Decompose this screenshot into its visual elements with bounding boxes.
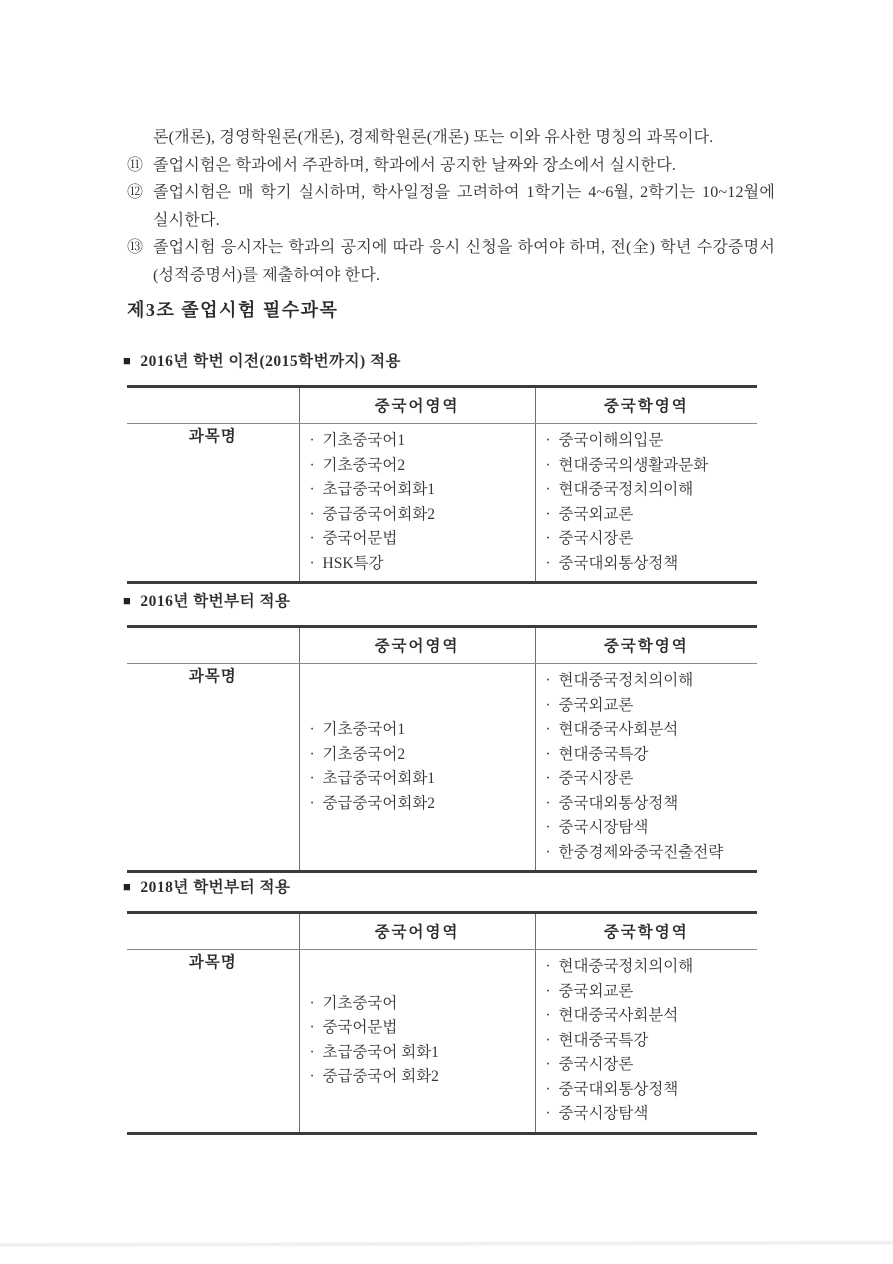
bullet-dot: · [546,816,559,841]
row-label-subject-names: 과목명 [127,424,299,583]
chinese-language-courses-cell: ·기초중국어1 ·기초중국어2 ·초급중국어회화1 ·중급중국어회화2 ·중국어… [299,424,535,583]
column-header-chinese-studies: 중국학영역 [535,627,757,664]
course-name: 중국이해의입문 [559,432,664,449]
course-name: 초급중국어회화1 [323,770,436,787]
section-caption: ■2016년 학번부터 적용 [123,589,757,611]
course-name: 중국어문법 [323,530,398,547]
chinese-studies-courses-cell: ·중국이해의입문 ·현대중국의생활과문화 ·현대중국정치의이해 ·중국외교론 ·… [535,424,757,583]
bullet-dot: · [310,992,323,1017]
bullet-dot: · [546,669,559,694]
numbered-clause: ⑪졸업시험은 학과에서 주관하며, 학과에서 공지한 날짜와 장소에서 실시한다… [127,152,775,180]
chinese-language-courses-cell: ·기초중국어1 ·기초중국어2 ·초급중국어회화1 ·중급중국어회화2 [299,664,535,872]
bullet-dot: · [310,767,323,792]
course-item: ·중국어문법 [310,527,531,552]
course-name: 현대중국의생활과문화 [559,457,709,474]
bullet-dot: · [546,980,559,1005]
course-name: 현대중국특강 [559,1032,649,1049]
black-square-icon: ■ [123,353,131,368]
bullet-dot: · [310,718,323,743]
chinese-studies-courses-cell: ·현대중국정치의이해 ·중국외교론 ·현대중국사회분석 ·현대중국특강 ·중국시… [535,950,757,1134]
course-name: 중급중국어 회화2 [323,1068,439,1085]
course-name: 중국외교론 [559,506,634,523]
course-item: ·현대중국정치의이해 [546,669,754,694]
course-name: 중급중국어회화2 [323,795,436,812]
bullet-dot: · [546,1078,559,1103]
course-item: ·기초중국어2 [310,743,531,768]
circled-number: ⑫ [127,179,153,207]
bullet-dot: · [310,743,323,768]
bullet-dot: · [546,454,559,479]
course-item: ·현대중국사회분석 [546,718,754,743]
circled-number: ⑪ [127,152,153,180]
course-name: 중국대외통상정책 [559,1081,679,1098]
course-name: 현대중국사회분석 [559,1007,679,1024]
column-header-chinese-studies: 중국학영역 [535,913,757,950]
black-square-icon: ■ [123,593,131,608]
course-name: 중국대외통상정책 [559,795,679,812]
course-item: ·중급중국어회화2 [310,792,531,817]
course-item: ·중국외교론 [546,980,754,1005]
required-courses-table: 중국어영역 중국학영역 과목명 ·기초중국어1 ·기초중국어2 ·초급중국어회화… [127,385,757,584]
course-item: ·한중경제와중국진출전략 [546,841,754,866]
course-item: ·HSK특강 [310,552,531,577]
black-square-icon: ■ [123,879,131,894]
course-item: ·현대중국사회분석 [546,1004,754,1029]
table-header-row: 중국어영역 중국학영역 [127,913,757,950]
course-name: 중국시장론 [559,770,634,787]
clause-text: 졸업시험은 학과에서 주관하며, 학과에서 공지한 날짜와 장소에서 실시한다. [153,157,676,174]
required-courses-table: 중국어영역 중국학영역 과목명 ·기초중국어1 ·기초중국어2 ·초급중국어회화… [127,625,757,873]
section-caption: ■2016년 학번 이전(2015학번까지) 적용 [123,349,757,371]
course-item: ·현대중국특강 [546,1029,754,1054]
bullet-dot: · [310,503,323,528]
course-item: ·현대중국의생활과문화 [546,454,754,479]
course-item: ·초급중국어회화1 [310,478,531,503]
course-item: ·중국시장탐색 [546,1102,754,1127]
paragraph-continuation: 론(개론), 경영학원론(개론), 경제학원론(개론) 또는 이와 유사한 명칭… [127,124,775,152]
course-name: 중국시장탐색 [559,819,649,836]
course-name: 중국어문법 [323,1019,398,1036]
course-name: 기초중국어1 [323,432,406,449]
bullet-dot: · [546,694,559,719]
course-item: ·중급중국어 회화2 [310,1065,531,1090]
column-header-chinese-language: 중국어영역 [299,387,535,424]
bullet-dot: · [310,552,323,577]
bullet-dot: · [546,792,559,817]
chinese-studies-courses-cell: ·현대중국정치의이해 ·중국외교론 ·현대중국사회분석 ·현대중국특강 ·중국시… [535,664,757,872]
bullet-dot: · [546,552,559,577]
course-name: 초급중국어회화1 [323,481,436,498]
course-name: 중국시장론 [559,1056,634,1073]
bullet-dot: · [546,1102,559,1127]
table-body-row: 과목명 ·기초중국어1 ·기초중국어2 ·초급중국어회화1 ·중급중국어회화2 [127,664,757,872]
bullet-dot: · [546,767,559,792]
clause-text: 졸업시험 응시자는 학과의 공지에 따라 응시 신청을 하여야 하며, 전(全)… [153,239,775,284]
course-item: ·중국대외통상정책 [546,1078,754,1103]
course-item: ·기초중국어1 [310,718,531,743]
section-2016-onward: ■2016년 학번부터 적용 중국어영역 중국학영역 과목명 ·기초중국어1 [123,589,757,873]
course-item: ·중국어문법 [310,1016,531,1041]
chinese-language-courses-cell: ·기초중국어 ·중국어문법 ·초급중국어 회화1 ·중급중국어 회화2 [299,950,535,1134]
course-name: 한중경제와중국진출전략 [559,844,724,861]
bullet-dot: · [546,527,559,552]
section-2016-before: ■2016년 학번 이전(2015학번까지) 적용 중국어영역 중국학영역 과목… [123,349,757,584]
course-item: ·중국시장탐색 [546,816,754,841]
bullet-dot: · [546,743,559,768]
course-item: ·기초중국어2 [310,454,531,479]
table-body-row: 과목명 ·기초중국어1 ·기초중국어2 ·초급중국어회화1 ·중급중국어회화2 … [127,424,757,583]
table-body-row: 과목명 ·기초중국어 ·중국어문법 ·초급중국어 회화1 ·중급중국어 회화2 [127,950,757,1134]
row-label-subject-names: 과목명 [127,664,299,872]
bullet-dot: · [546,1029,559,1054]
section-caption-text: 2018년 학번부터 적용 [140,879,290,896]
section-caption-text: 2016년 학번 이전(2015학번까지) 적용 [140,353,401,370]
section-caption-text: 2016년 학번부터 적용 [140,593,290,610]
scan-artifact-line [0,1240,893,1248]
bullet-dot: · [310,429,323,454]
clause-text: 졸업시험은 매 학기 실시하며, 학사일정을 고려하여 1학기는 4~6월, 2… [153,184,775,229]
course-item: ·중국대외통상정책 [546,552,754,577]
course-name: 현대중국정치의이해 [559,672,694,689]
course-item: ·기초중국어1 [310,429,531,454]
bullet-dot: · [546,955,559,980]
course-item: ·중급중국어회화2 [310,503,531,528]
bullet-dot: · [310,792,323,817]
table-header-row: 중국어영역 중국학영역 [127,627,757,664]
bullet-dot: · [310,1016,323,1041]
section-caption: ■2018년 학번부터 적용 [123,875,757,897]
bullet-dot: · [310,1041,323,1066]
circled-number: ⑬ [127,234,153,262]
table-header-row: 중국어영역 중국학영역 [127,387,757,424]
corner-cell [127,387,299,424]
bullet-dot: · [546,1004,559,1029]
course-name: 현대중국정치의이해 [559,958,694,975]
course-name: 현대중국특강 [559,746,649,763]
course-item: ·중국외교론 [546,503,754,528]
bullet-dot: · [310,527,323,552]
bullet-dot: · [310,1065,323,1090]
course-name: 중국시장탐색 [559,1105,649,1122]
bullet-dot: · [546,718,559,743]
corner-cell [127,627,299,664]
row-label-subject-names: 과목명 [127,950,299,1134]
column-header-chinese-language: 중국어영역 [299,627,535,664]
course-name: 기초중국어2 [323,457,406,474]
course-name: 중급중국어회화2 [323,506,436,523]
intro-paragraphs: 론(개론), 경영학원론(개론), 경제학원론(개론) 또는 이와 유사한 명칭… [127,124,775,289]
course-item: ·중국이해의입문 [546,429,754,454]
course-name: 현대중국정치의이해 [559,481,694,498]
article-heading: 제3조 졸업시험 필수과목 [127,296,338,322]
numbered-clause: ⑫졸업시험은 매 학기 실시하며, 학사일정을 고려하여 1학기는 4~6월, … [127,179,775,234]
course-item: ·중국대외통상정책 [546,792,754,817]
course-item: ·중국시장론 [546,767,754,792]
course-name: 중국외교론 [559,983,634,1000]
course-item: ·현대중국정치의이해 [546,955,754,980]
numbered-clause: ⑬졸업시험 응시자는 학과의 공지에 따라 응시 신청을 하여야 하며, 전(全… [127,234,775,289]
course-item: ·현대중국정치의이해 [546,478,754,503]
bullet-dot: · [546,503,559,528]
bullet-dot: · [546,841,559,866]
course-name: 중국시장론 [559,530,634,547]
bullet-dot: · [546,429,559,454]
bullet-dot: · [310,478,323,503]
course-item: ·중국시장론 [546,527,754,552]
corner-cell [127,913,299,950]
course-item: ·기초중국어 [310,992,531,1017]
course-name: 현대중국사회분석 [559,721,679,738]
course-name: 기초중국어2 [323,746,406,763]
course-item: ·현대중국특강 [546,743,754,768]
required-courses-table: 중국어영역 중국학영역 과목명 ·기초중국어 ·중국어문법 ·초급중국어 회화1 [127,911,757,1135]
course-name: 기초중국어 [323,995,398,1012]
scanned-document-page: 론(개론), 경영학원론(개론), 경제학원론(개론) 또는 이와 유사한 명칭… [0,0,893,1264]
course-name: HSK특강 [323,555,384,572]
course-name: 기초중국어1 [323,721,406,738]
column-header-chinese-studies: 중국학영역 [535,387,757,424]
bullet-dot: · [546,478,559,503]
bullet-dot: · [310,454,323,479]
course-name: 중국대외통상정책 [559,555,679,572]
course-name: 중국외교론 [559,697,634,714]
course-item: ·초급중국어 회화1 [310,1041,531,1066]
course-item: ·초급중국어회화1 [310,767,531,792]
course-item: ·중국외교론 [546,694,754,719]
course-name: 초급중국어 회화1 [323,1044,439,1061]
section-2018-onward: ■2018년 학번부터 적용 중국어영역 중국학영역 과목명 ·기초중국어 [123,875,757,1135]
numbered-clause-list: ⑪졸업시험은 학과에서 주관하며, 학과에서 공지한 날짜와 장소에서 실시한다… [127,152,775,290]
column-header-chinese-language: 중국어영역 [299,913,535,950]
course-item: ·중국시장론 [546,1053,754,1078]
bullet-dot: · [546,1053,559,1078]
